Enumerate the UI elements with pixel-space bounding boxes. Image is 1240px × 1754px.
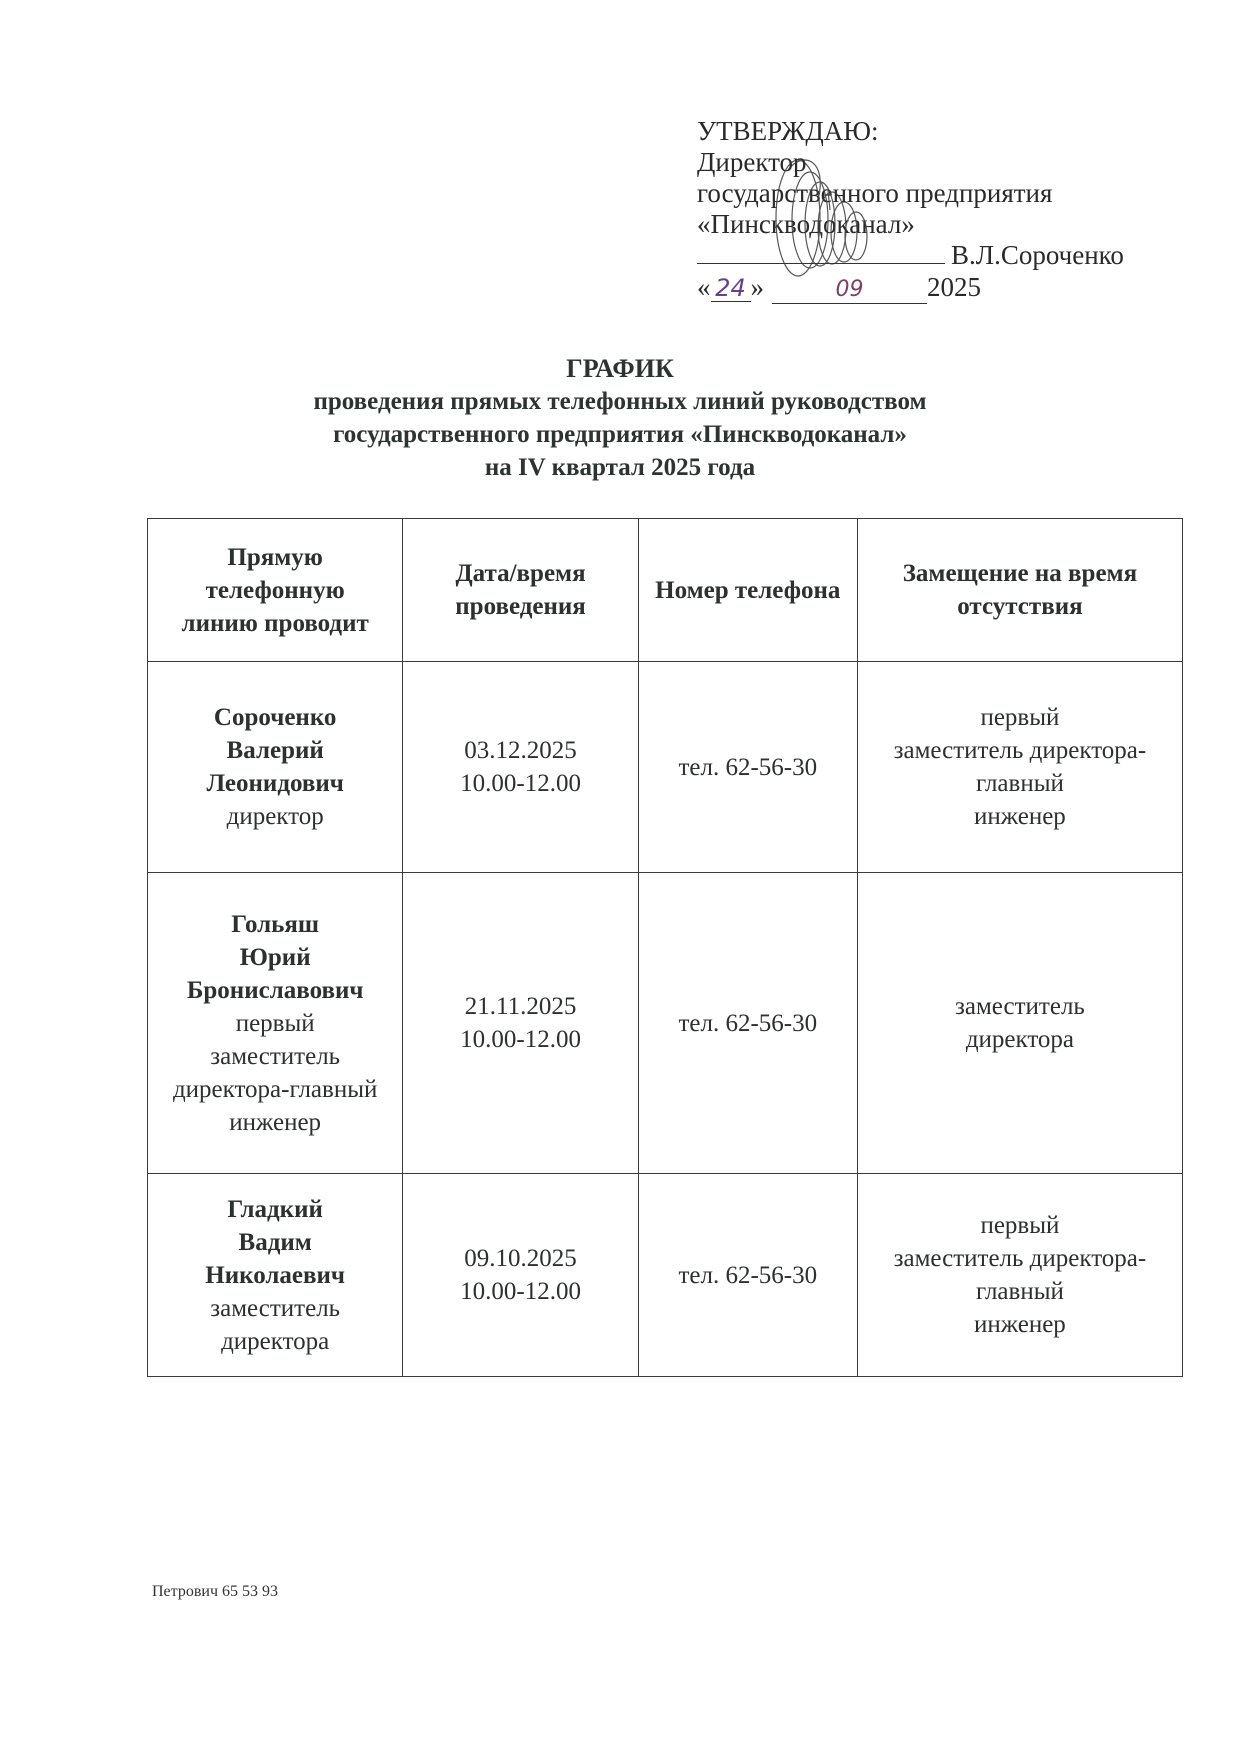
header-text: телефонную bbox=[150, 574, 400, 607]
substitute-text: заместитель директора- bbox=[860, 734, 1180, 767]
cell-phone: тел. 62-56-30 bbox=[638, 873, 857, 1174]
session-date: 09.10.2025 bbox=[405, 1242, 635, 1275]
phone-number: тел. 62-56-30 bbox=[641, 1259, 855, 1292]
schedule-table: Прямую телефонную линию проводит Дата/вр… bbox=[147, 518, 1183, 1377]
person-position: заместитель bbox=[150, 1040, 400, 1073]
person-position: первый bbox=[150, 1007, 400, 1040]
substitute-text: первый bbox=[860, 1209, 1180, 1242]
date-year: 2025 bbox=[927, 272, 981, 302]
person-name: Николаевич bbox=[150, 1259, 400, 1292]
person-name: Брониславович bbox=[150, 974, 400, 1007]
signatory-line: В.Л.Сороченко bbox=[697, 240, 1124, 271]
person-name: Леонидович bbox=[150, 767, 400, 800]
substitute-text: главный bbox=[860, 1275, 1180, 1308]
substitute-text: главный bbox=[860, 767, 1180, 800]
table-row: СороченкоВалерийЛеонидовичдиректор03.12.… bbox=[148, 662, 1183, 873]
table-row: ГольяшЮрийБрониславовичпервыйзаместитель… bbox=[148, 873, 1183, 1174]
header-text: Замещение на время bbox=[860, 557, 1180, 590]
cell-phone: тел. 62-56-30 bbox=[638, 1174, 857, 1377]
header-text: Номер телефона bbox=[641, 574, 855, 607]
substitute-text: заместитель директора- bbox=[860, 1242, 1180, 1275]
person-name: Валерий bbox=[150, 734, 400, 767]
approval-line: Директор bbox=[697, 147, 1124, 178]
date-month: 09 bbox=[772, 277, 927, 304]
cell-conductor: ГладкийВадимНиколаевичзаместительдиректо… bbox=[148, 1174, 403, 1377]
title-line: проведения прямых телефонных линий руков… bbox=[0, 385, 1240, 418]
session-time: 10.00-12.00 bbox=[405, 1275, 635, 1308]
substitute-text: первый bbox=[860, 701, 1180, 734]
header-substitute: Замещение на время отсутствия bbox=[857, 519, 1182, 662]
person-position: директор bbox=[150, 800, 400, 833]
approval-block: УТВЕРЖДАЮ: Директор государственного пре… bbox=[697, 116, 1124, 304]
person-name: Гольяш bbox=[150, 908, 400, 941]
header-conductor: Прямую телефонную линию проводит bbox=[148, 519, 403, 662]
cell-datetime: 21.11.202510.00-12.00 bbox=[403, 873, 638, 1174]
person-name: Юрий bbox=[150, 941, 400, 974]
cell-conductor: СороченкоВалерийЛеонидовичдиректор bbox=[148, 662, 403, 873]
substitute-text: заместитель bbox=[860, 990, 1180, 1023]
cell-phone: тел. 62-56-30 bbox=[638, 662, 857, 873]
phone-number: тел. 62-56-30 bbox=[641, 1007, 855, 1040]
header-text: линию проводит bbox=[150, 607, 400, 640]
header-text: проведения bbox=[405, 590, 635, 623]
approval-date: «24»092025 bbox=[697, 272, 1124, 304]
footer-contact-note: Петрович 65 53 93 bbox=[152, 1583, 278, 1601]
person-name: Вадим bbox=[150, 1226, 400, 1259]
person-name: Гладкий bbox=[150, 1193, 400, 1226]
cell-datetime: 03.12.202510.00-12.00 bbox=[403, 662, 638, 873]
phone-number: тел. 62-56-30 bbox=[641, 751, 855, 784]
title-main: ГРАФИК bbox=[0, 352, 1240, 385]
cell-substitute: первыйзаместитель директора-главныйинжен… bbox=[857, 1174, 1182, 1377]
person-position: заместитель bbox=[150, 1292, 400, 1325]
title-line: на IV квартал 2025 года bbox=[0, 451, 1240, 484]
date-day: 24 bbox=[711, 275, 751, 302]
approval-heading: УТВЕРЖДАЮ: bbox=[697, 116, 1124, 147]
cell-substitute: заместительдиректора bbox=[857, 873, 1182, 1174]
header-phone: Номер телефона bbox=[638, 519, 857, 662]
person-position: директора bbox=[150, 1325, 400, 1358]
session-date: 21.11.2025 bbox=[405, 990, 635, 1023]
quote-open: « bbox=[697, 272, 711, 302]
signatory-name: В.Л.Сороченко bbox=[951, 240, 1124, 270]
document-title: ГРАФИК проведения прямых телефонных лини… bbox=[0, 352, 1240, 484]
session-date: 03.12.2025 bbox=[405, 734, 635, 767]
cell-conductor: ГольяшЮрийБрониславовичпервыйзаместитель… bbox=[148, 873, 403, 1174]
approval-line: «Пинскводоканал» bbox=[697, 209, 1124, 240]
table-row: ГладкийВадимНиколаевичзаместительдиректо… bbox=[148, 1174, 1183, 1377]
substitute-text: инженер bbox=[860, 1308, 1180, 1341]
person-position: директора-главный bbox=[150, 1073, 400, 1106]
table-header-row: Прямую телефонную линию проводит Дата/вр… bbox=[148, 519, 1183, 662]
session-time: 10.00-12.00 bbox=[405, 767, 635, 800]
cell-substitute: первыйзаместитель директора-главныйинжен… bbox=[857, 662, 1182, 873]
session-time: 10.00-12.00 bbox=[405, 1023, 635, 1056]
header-text: Прямую bbox=[150, 541, 400, 574]
signature-line bbox=[697, 241, 945, 264]
title-line: государственного предприятия «Пинскводок… bbox=[0, 418, 1240, 451]
quote-close: » bbox=[751, 272, 765, 302]
approval-line: государственного предприятия bbox=[697, 178, 1124, 209]
header-text: Дата/время bbox=[405, 557, 635, 590]
substitute-text: инженер bbox=[860, 800, 1180, 833]
person-name: Сороченко bbox=[150, 701, 400, 734]
cell-datetime: 09.10.202510.00-12.00 bbox=[403, 1174, 638, 1377]
header-text: отсутствия bbox=[860, 590, 1180, 623]
header-datetime: Дата/время проведения bbox=[403, 519, 638, 662]
substitute-text: директора bbox=[860, 1023, 1180, 1056]
person-position: инженер bbox=[150, 1106, 400, 1139]
